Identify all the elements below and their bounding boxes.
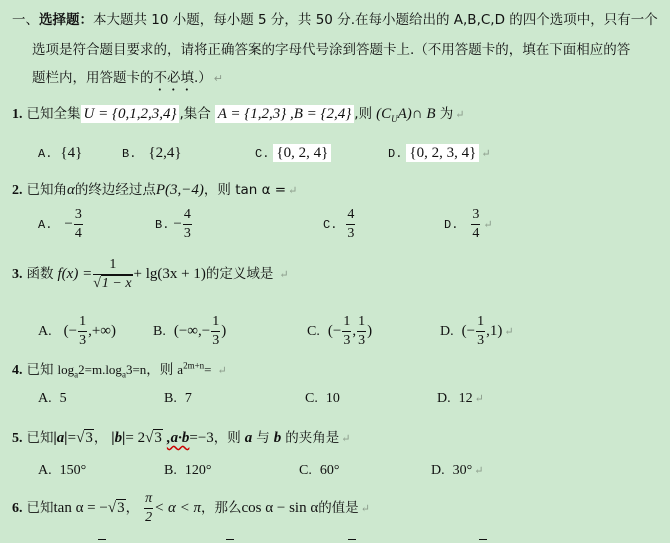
option-value: 60° [320,463,340,478]
section-instructions-1: 本大题共 10 小题，每小题 5 分，共 50 分.在每小题给出的 A,B,C,… [93,12,658,28]
paragraph-mark-icon: ↵ [483,219,492,231]
q1-option-c[interactable]: C. {0, 2, 4} [255,144,331,162]
formula-fraction: 1√1 − x [93,258,132,291]
option-fraction-2: 13 [357,315,366,348]
formula-vector-a: a [245,430,253,446]
option-value: 12 [459,391,473,406]
q5-option-b[interactable]: B. 120° [164,461,211,479]
option-text: ) [221,323,226,339]
question-text: ，则 [214,430,241,446]
q2-option-b[interactable]: B. −43 [155,208,193,241]
q3-option-d[interactable]: D. (−13,1)↵ [440,315,514,348]
paragraph-mark-icon: ↵ [481,148,490,160]
option-label: C. [307,324,320,339]
option-value: {0, 2, 4} [273,144,331,162]
option-label: D. [431,463,445,478]
option-text: (− [462,323,475,339]
question-text: 的定义域是 [206,266,274,282]
question-text: 为 [436,106,454,122]
q1-option-a[interactable]: A. {4} [38,144,82,162]
option-label: A. [38,391,52,406]
formula-fx: f(x) = [58,266,93,282]
question-text: 的终边经过点 [75,182,156,198]
option-value: 10 [326,391,340,406]
formula-universal-set: U = {0,1,2,3,4} [81,105,180,123]
formula-power: a2m+n= [177,362,211,377]
option-text: ) [367,323,372,339]
formula-complement: (CUA)∩ B [376,106,435,122]
option-fraction: 13 [342,315,351,348]
option-text: (−∞,− [174,323,210,339]
formula-lg: + lg(3x + 1) [134,266,206,282]
question-number: 1. [12,107,23,122]
option-value: 120° [185,463,212,478]
question-1: 1. 已知全集U = {0,1,2,3,4},集合 A = {1,2,3} ,B… [12,102,465,124]
option-fraction: 34 [471,208,480,241]
option-label: C. [323,218,337,232]
q3-option-a[interactable]: A. (−13,+∞) [38,315,116,348]
paragraph-mark-icon: ↵ [217,365,226,377]
formula-alpha: α [67,182,75,198]
formula-sqrt: √3 [76,429,94,446]
option-label: B. [122,147,136,161]
q2-option-c[interactable]: C. 43 [323,208,356,241]
punct: ， [94,430,108,446]
option-label: D. [440,324,454,339]
section-title: 选择题 [39,12,80,28]
question-5: 5. 已知|a|=√3， |b|= 2√3 ,a·b=−3，则 a 与 b 的夹… [12,426,351,447]
option-value: {0, 2, 3, 4} [406,144,479,162]
question-text: ,集合 [179,106,210,122]
q4-option-d[interactable]: D. 12↵ [437,389,484,407]
q4-option-c[interactable]: C. 10 [305,389,340,407]
question-text: 已知 [27,500,54,516]
question-text: 函数 [27,266,54,282]
option-text: ,1) [486,323,502,339]
question-number: 3. [12,267,23,282]
q1-option-d[interactable]: D. {0, 2, 3, 4}↵ [388,144,491,162]
option-value: 30° [453,463,473,478]
q3-option-c[interactable]: C. (−13,13) [307,315,372,348]
formula-eq: = 2 [125,430,145,446]
formula-dot-product: ,a·b [167,430,190,446]
question-text: 已知角 [27,182,68,198]
paragraph-mark-icon: ↵ [475,393,484,405]
section-prefix: 一、 [12,12,39,28]
question-6: 6. 已知tan α = −√3， π2< α < π，那么cos α − si… [12,492,370,525]
option-label: A. [38,218,52,232]
option-text: ,+∞) [88,323,116,339]
question-text: ，则 [146,362,173,378]
q6-option-b-cutoff [226,539,234,540]
q2-option-d[interactable]: D. 34↵ [444,208,493,241]
question-text: 已知 [27,362,54,378]
option-fraction: 13 [211,315,220,348]
question-2: 2. 已知角α的终边经过点P(3,−4)，则 tan α =↵ [12,178,297,199]
formula-sets-a-b: A = {1,2,3} ,B = {2,4} [215,105,355,123]
option-label: A. [38,324,52,339]
formula-cos-sin: cos α − sin α [242,500,319,516]
question-number: 5. [12,431,23,446]
formula-eq: =−3 [189,430,213,446]
option-label: A. [38,147,52,161]
q5-option-a[interactable]: A. 150° [38,461,86,479]
q6-option-d-cutoff [479,539,487,540]
question-text: 与 [256,430,270,446]
paragraph-mark-icon: ↵ [474,465,483,477]
option-text: (− [328,323,341,339]
option-label: D. [437,391,451,406]
question-3: 3. 函数 f(x) =1√1 − x+ lg(3x + 1)的定义域是 ↵ [12,258,289,291]
question-text: 已知 [27,430,54,446]
formula-tan: tan α = − [54,500,108,516]
option-fraction: 13 [476,315,485,348]
section-header-line-3: 题栏内，用答题卡的不必填.）↵ [32,66,223,94]
option-fraction: 13 [78,315,87,348]
formula-vector-b: b [274,430,282,446]
question-text: 的值是 [318,500,359,516]
section-header-line-1: 一、选择题：本大题共 10 小题，每小题 5 分，共 50 分.在每小题给出的 … [12,8,658,28]
option-fraction: 43 [346,208,355,241]
question-4: 4. 已知 loga2=m.loga3=n，则 a2m+n= ↵ [12,358,227,380]
formula-point: P(3,−4) [156,182,204,198]
paragraph-mark-icon: ↵ [455,109,464,121]
option-label: A. [38,463,52,478]
option-value: {2,4} [148,145,181,161]
option-label: B. [164,463,177,478]
option-value: 7 [185,391,192,406]
option-label: C. [255,147,269,161]
option-label: B. [153,324,166,339]
q5-option-d[interactable]: D. 30°↵ [431,461,483,479]
option-value: {4} [60,145,82,161]
option-sign: − [173,216,181,232]
question-text: 已知全集 [27,106,81,122]
paragraph-mark-icon: ↵ [288,185,297,197]
formula-eq: = [68,430,76,446]
q2-option-a[interactable]: A. −34 [38,208,84,241]
section-instructions-3b: .） [194,70,212,86]
formula-sqrt: √3 [145,429,163,446]
option-label: D. [444,218,458,232]
q4-option-a[interactable]: A. 5 [38,389,67,407]
section-colon: ： [80,12,94,28]
paragraph-mark-icon: ↵ [279,269,288,281]
q3-option-b[interactable]: B. (−∞,−13) [153,315,226,348]
paragraph-mark-icon: ↵ [341,433,350,445]
option-value: 5 [60,391,67,406]
question-text: ，则 tan α = [204,182,286,198]
formula-fraction-pi-2: π2 [144,492,153,525]
option-fraction: 43 [183,208,192,241]
section-header-line-2: 选项是符合题目要求的，请将正确答案的字母代号涂到答题卡上.（不用答题卡的，填在下… [32,38,630,58]
q6-option-a-cutoff [98,539,106,540]
question-text: ，那么 [201,500,242,516]
paragraph-mark-icon: ↵ [214,72,223,85]
option-label: D. [388,147,402,161]
formula-logs: loga2=m.loga3=n [58,362,147,377]
question-text: ,则 [354,106,372,122]
formula-abs-b: |b| [111,430,125,446]
q4-option-b[interactable]: B. 7 [164,389,192,407]
option-value: 150° [60,463,87,478]
option-sign: − [64,216,72,232]
formula-inequality: < α < π [154,500,201,516]
question-number: 6. [12,501,23,516]
paragraph-mark-icon: ↵ [361,503,370,515]
question-number: 4. [12,363,23,378]
option-label: B. [155,218,169,232]
option-text: (− [64,323,77,339]
option-label: C. [305,391,318,406]
option-fraction: 34 [74,208,83,241]
option-label: C. [299,463,312,478]
option-label: B. [164,391,177,406]
punct: ， [126,500,140,516]
section-instructions-3a: 题栏内，用答题卡的 [32,70,154,86]
formula-sqrt: √3 [108,499,126,516]
q1-option-b[interactable]: B. {2,4} [122,144,182,162]
q6-option-c-cutoff [348,539,356,540]
emphasized-text: 不必填 [154,70,195,86]
paragraph-mark-icon: ↵ [504,326,513,338]
question-text: 的夹角是 [285,430,339,446]
question-number: 2. [12,183,23,198]
formula-abs-a: |a| [54,430,68,446]
option-text: , [352,323,356,339]
q5-option-c[interactable]: C. 60° [299,461,339,479]
